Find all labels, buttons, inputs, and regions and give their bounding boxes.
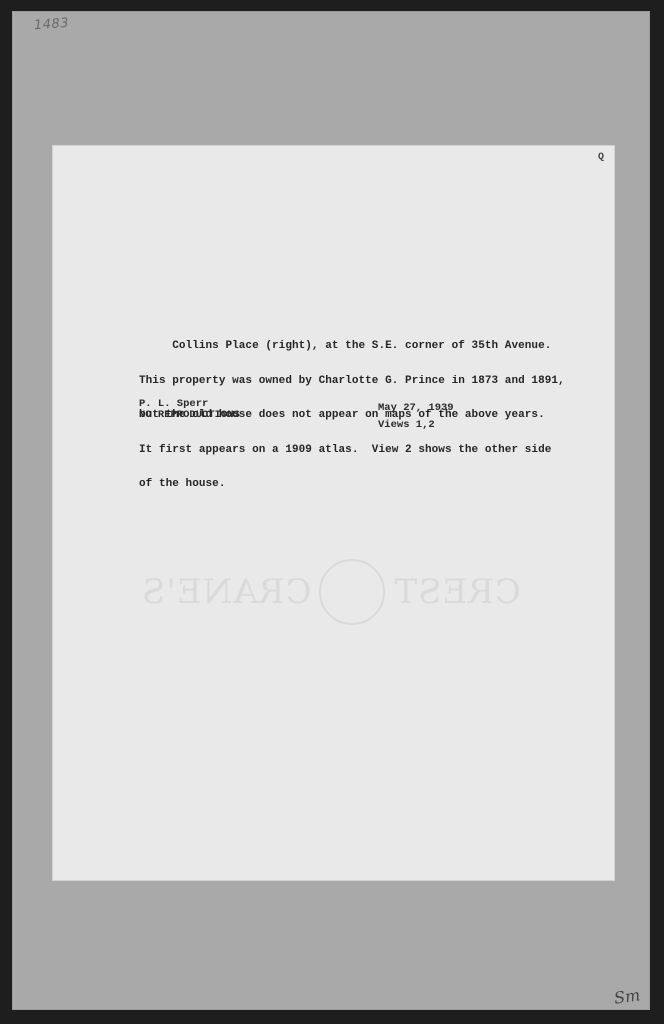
- corner-letter: Q: [598, 152, 604, 163]
- caption-line: This property was owned by Charlotte G. …: [139, 376, 579, 388]
- caption-line: It first appears on a 1909 atlas. View 2…: [139, 445, 579, 457]
- photo-metadata: May 27, 1939 Views 1,2: [378, 402, 454, 431]
- watermark-seal-icon: [320, 559, 386, 625]
- caption-line: of the house.: [139, 479, 579, 491]
- paper-watermark: CREST CRANE'S: [141, 552, 521, 632]
- handwritten-initials: Sm: [613, 985, 642, 1007]
- reproduction-notice: NO REPRODUCTIONS: [139, 410, 240, 421]
- handwritten-catalog-number: 1483: [34, 16, 70, 33]
- watermark-word-left: CREST: [394, 572, 521, 612]
- watermark-word-right: CRANE'S: [141, 572, 311, 612]
- archival-mount-card: 1483 Q Collins Place (right), at the S.E…: [12, 11, 650, 1010]
- photo-views: Views 1,2: [378, 419, 454, 431]
- caption-line: Collins Place (right), at the S.E. corne…: [139, 341, 579, 353]
- photo-date: May 27, 1939: [378, 402, 454, 414]
- typed-caption-sheet: Q Collins Place (right), at the S.E. cor…: [53, 146, 614, 880]
- photo-credit: P. L. Sperr NO REPRODUCTIONS: [139, 399, 240, 421]
